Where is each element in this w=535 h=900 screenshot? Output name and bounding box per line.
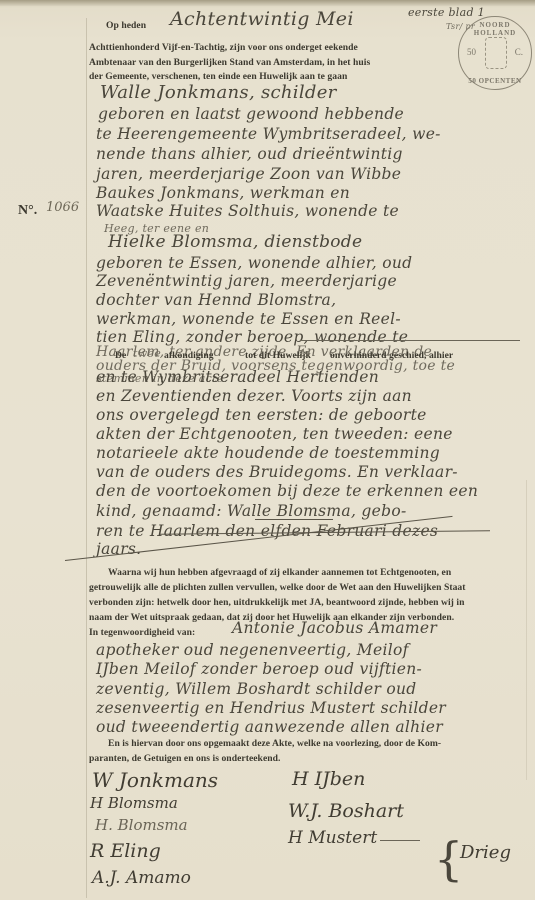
printed-op-heden: Op heden [106, 20, 146, 31]
body-line: en Zeventienden dezer. Voorts zijn aan [96, 387, 412, 405]
printed-closing-3: verbonden zijn: hetwelk door hen, uitdru… [89, 597, 464, 608]
bride-line: werkman, wonende te Essen en Reel- [96, 310, 401, 328]
body-line: akten der Echtgenooten, ten tweeden: een… [96, 425, 453, 443]
printed-witnesses-prefix: In tegenwoordigheid van: [89, 627, 195, 638]
witness-line: Antonie Jacobus Amamer [232, 619, 437, 637]
bride-line: Zevenëntwintig jaren, meerderjarige [96, 272, 397, 290]
stamp-bottom-text: 50 OPCENTEN [459, 77, 531, 85]
printed-signoff-1: En is hiervan door ons opgemaakt deze Ak… [108, 738, 441, 749]
printed-onverhinderd: onverhinderd geschied, alhier [330, 350, 453, 361]
witness-line: IJben Meilof zonder beroep oud vijftien- [96, 660, 422, 678]
crest-icon [485, 37, 507, 69]
tax-stamp: NOORD HOLLAND 50 C. 50 OPCENTEN [458, 16, 532, 90]
bride-line: dochter van Hennd Blomstra, [96, 291, 336, 309]
signature-dash [380, 840, 420, 841]
document-page: eerste blad 1 Tsr/ pr NOORD HOLLAND 50 C… [0, 0, 535, 900]
witness-line: zeventig, Willem Boshardt schilder oud [96, 680, 417, 698]
bride-line: geboren te Essen, wonende alhier, oud [96, 254, 412, 272]
printed-closing-1: Waarna wij hun hebben afgevraagd of zij … [108, 567, 451, 578]
printed-proclamation-de: De [115, 350, 126, 361]
body-line: notarieele akte houdende de toestemming [96, 444, 440, 462]
printed-line-4: der Gemeente, verschenen, ten einde een … [89, 71, 347, 82]
right-margin-rule [526, 480, 527, 780]
signature: H IJben [292, 768, 365, 790]
record-number: 1066 [46, 200, 79, 215]
signature: A.J. Amamo [92, 868, 191, 888]
groom-line: Walle Jonkmans, schilder [100, 82, 337, 103]
handwritten-is: is [300, 347, 310, 360]
signature: W Jonkmans [92, 768, 218, 792]
witness-line: oud tweeendertig aanwezende allen alhier [96, 718, 443, 736]
signature: H Blomsma [90, 794, 178, 812]
page-note: eerste blad 1 [408, 6, 485, 19]
stamp-value: 50 [467, 47, 476, 57]
signature: H Mustert [288, 828, 377, 848]
witness-line: zesenveertig en Hendrius Mustert schilde… [96, 699, 446, 717]
body-line: en te Wymbritseradeel Hertienden [96, 368, 379, 386]
printed-afkondiging: afkondiging [164, 350, 214, 361]
stamp-currency: C. [515, 47, 523, 57]
body-line: den de voortoekomen bij deze te erkennen… [96, 482, 478, 500]
record-number-label: N°. [18, 203, 37, 219]
signature: W.J. Boshart [288, 800, 404, 822]
body-line: kind, genaamd: Walle Blomsma, gebo- [96, 502, 407, 520]
body-line: ons overgelegd ten eersten: de geboorte [96, 406, 427, 424]
groom-line: geboren en laatst gewoond hebbende [98, 105, 404, 123]
groom-line: jaren, meerderjarige Zoon van Wibbe [96, 165, 401, 183]
printed-signoff-2: paranten, de Getuigen en ons is ondertee… [89, 753, 280, 764]
margin-rule [86, 18, 87, 898]
official-signature: Drieg [460, 842, 511, 863]
groom-line: Waatske Huites Solthuis, wonende te [96, 202, 399, 220]
groom-line: Baukes Jonkmans, werkman en [96, 184, 350, 202]
groom-line: te Heerengemeente Wymbritseradeel, we- [96, 125, 441, 143]
witness-line: apotheker oud negenenveertig, Meilof [96, 641, 409, 659]
underline [255, 519, 333, 520]
handwritten-proclamation-count: twee [133, 347, 161, 360]
body-line: van de ouders des Bruidegoms. En verklaa… [96, 463, 458, 481]
brace-mark: { [434, 832, 463, 886]
fill-rule [300, 340, 520, 341]
handwritten-date: Achtentwintig Mei [170, 8, 354, 30]
bride-line: Hielke Blomsma, dienstbode [108, 232, 362, 252]
printed-line-3: Ambtenaar van den Burgerlijken Stand van… [89, 57, 370, 68]
printed-line-2: Achttienhonderd Vijf-en-Tachtig, zijn vo… [89, 42, 358, 53]
signature: R Eling [90, 840, 161, 862]
groom-line: nende thans alhier, oud drieëntwintig [96, 145, 403, 163]
printed-closing-2: getrouwelijk alle de plichten zullen ver… [89, 582, 466, 593]
signature: H. Blomsma [95, 816, 188, 834]
stamp-top-text: NOORD HOLLAND [459, 21, 531, 37]
